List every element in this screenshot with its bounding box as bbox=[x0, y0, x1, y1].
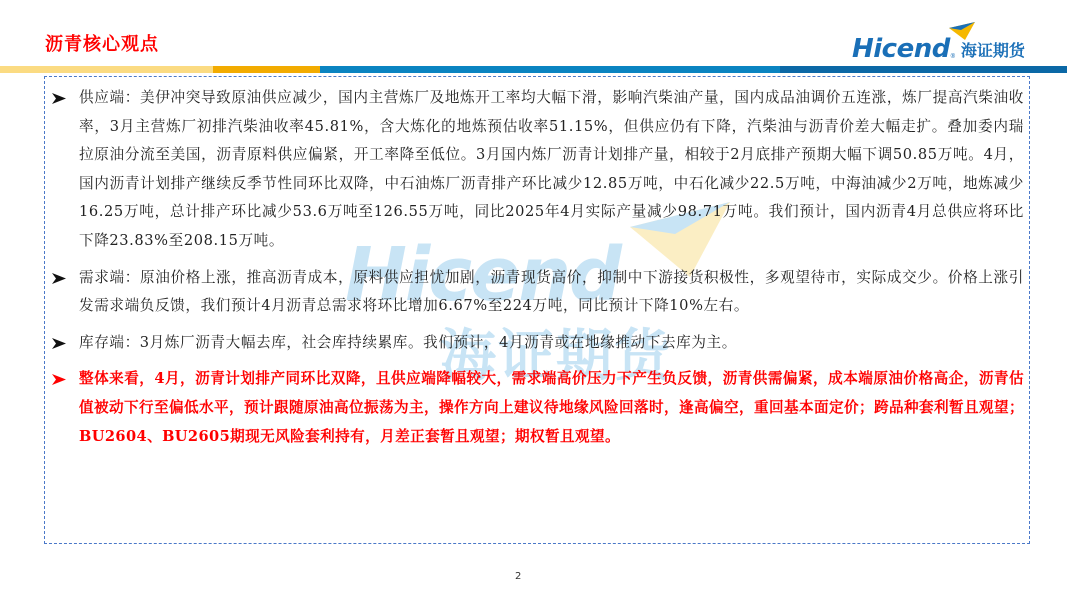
arrow-bullet-icon bbox=[52, 374, 66, 385]
bullet-summary-text: 整体来看，4月，沥青计划排产同环比双降，且供应端降幅较大，需求端高价压力下产生负… bbox=[79, 370, 1024, 444]
header-bar-blue-dark bbox=[780, 66, 1067, 73]
bullet-demand-text: 需求端：原油价格上涨，推高沥青成本，原料供应担忧加剧，沥青现货高价，抑制中下游接… bbox=[79, 269, 1024, 315]
arrow-bullet-icon bbox=[52, 93, 66, 104]
slide-title: 沥青核心观点 bbox=[45, 30, 159, 56]
logo-swoosh-icon bbox=[947, 22, 977, 42]
bullet-inventory-text: 库存端：3月炼厂沥青大幅去库，社会库持续累库。我们预计，4月沥青或在地缘推动下去… bbox=[79, 334, 737, 351]
bullet-summary: 整体来看，4月，沥青计划排产同环比双降，且供应端降幅较大，需求端高价压力下产生负… bbox=[52, 365, 1024, 451]
header-bar-orange bbox=[213, 66, 320, 73]
key-points-list: 供应端：美伊冲突导致原油供应减少，国内主营炼厂及地炼开工率均大幅下滑，影响汽柴油… bbox=[52, 84, 1024, 459]
bullet-inventory: 库存端：3月炼厂沥青大幅去库，社会库持续累库。我们预计，4月沥青或在地缘推动下去… bbox=[52, 329, 1024, 358]
company-logo: Hicend ® 海证期货 bbox=[852, 28, 1025, 64]
bullet-supply: 供应端：美伊冲突导致原油供应减少，国内主营炼厂及地炼开工率均大幅下滑，影响汽柴油… bbox=[52, 84, 1024, 256]
logo-registered-mark: ® bbox=[950, 53, 956, 60]
bullet-supply-text: 供应端：美伊冲突导致原油供应减少，国内主营炼厂及地炼开工率均大幅下滑，影响汽柴油… bbox=[79, 89, 1024, 249]
arrow-bullet-icon bbox=[52, 338, 66, 349]
page-number: 2 bbox=[515, 571, 521, 582]
header-bar-yellow bbox=[0, 66, 213, 73]
bullet-demand: 需求端：原油价格上涨，推高沥青成本，原料供应担忧加剧，沥青现货高价，抑制中下游接… bbox=[52, 264, 1024, 321]
logo-text-en: Hicend bbox=[852, 34, 950, 64]
arrow-bullet-icon bbox=[52, 273, 66, 284]
